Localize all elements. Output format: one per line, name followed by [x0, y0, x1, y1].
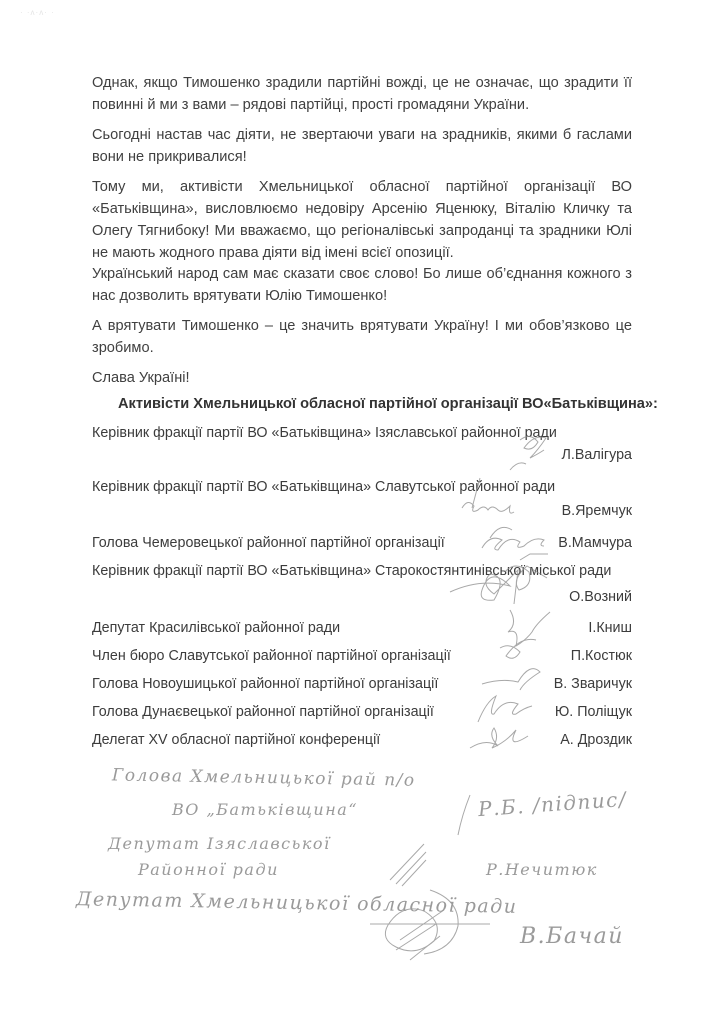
signatory-name: Ю. Поліщук	[555, 701, 632, 723]
signatory-row: Голова Новоушицької районної партійної о…	[92, 673, 632, 695]
signatory-title: Депутат Красилівської районної ради	[92, 617, 340, 639]
signatory-row: Керівник фракції партії ВО «Батьківщина»…	[92, 476, 632, 520]
signatory-row: Депутат Красилівської районної ради І.Кн…	[92, 617, 632, 639]
signatory-name: І.Книш	[588, 617, 632, 639]
signatory-title: Делегат XV обласної партійної конференці…	[92, 729, 380, 751]
signatories-heading: Активісти Хмельницької обласної партійно…	[118, 396, 658, 412]
signatory-name: А. Дроздик	[560, 729, 632, 751]
signatory-title: Голова Новоушицької районної партійної о…	[92, 673, 438, 695]
handwritten-name: В.Бачай	[520, 924, 624, 949]
scan-corner-mark: · ·ʌ·ʌ· ·	[20, 8, 90, 20]
handwritten-line: ВО „Батьківщина“	[172, 800, 358, 819]
paragraph-3: Тому ми, активісти Хмельницької обласної…	[92, 176, 632, 264]
signatory-row: Делегат XV обласної партійної конференці…	[92, 729, 632, 751]
handwritten-line: Депутат Ізяславської	[108, 834, 331, 853]
signatory-name: Л.Валігура	[562, 444, 632, 466]
paragraph-4: Український народ сам має сказати своє с…	[92, 263, 632, 307]
handwritten-line: Депутат Хмельницької обласної ради	[76, 888, 518, 918]
signatory-row: Член бюро Славутської районної партійної…	[92, 645, 632, 667]
signatory-row: Голова Чемеровецької районної партійної …	[92, 532, 632, 554]
signatory-title: Керівник фракції партії ВО «Батьківщина»…	[92, 422, 557, 444]
signatory-name: В.Яремчук	[562, 500, 632, 522]
signatory-name: В.Мамчура	[558, 532, 632, 554]
signatory-title: Керівник фракції партії ВО «Батьківщина»…	[92, 560, 611, 582]
signatory-row: Керівник фракції партії ВО «Батьківщина»…	[92, 560, 632, 608]
signatory-title: Член бюро Славутської районної партійної…	[92, 645, 451, 667]
signatory-title: Голова Дунаєвецької районної партійної о…	[92, 701, 434, 723]
handwritten-line: Районної ради	[138, 860, 279, 879]
signatory-row: Керівник фракції партії ВО «Батьківщина»…	[92, 422, 632, 466]
signatory-name: О.Возний	[569, 586, 632, 608]
signatory-title: Голова Чемеровецької районної партійної …	[92, 532, 445, 554]
signatory-name: П.Костюк	[571, 645, 632, 667]
handwritten-line: Голова Хмельницької рай п/о	[112, 765, 416, 790]
document-page: · ·ʌ·ʌ· · Однак, якщо Тимошенко зрадили …	[0, 0, 724, 1024]
paragraph-6: Слава Україні!	[92, 367, 632, 389]
paragraph-5: А врятувати Тимошенко – це значить вряту…	[92, 315, 632, 359]
signatory-name: В. Зваричук	[554, 673, 632, 695]
handwritten-name: Р.Нечитюк	[486, 860, 598, 879]
handwritten-signature: Р.Б. /підпис/	[477, 787, 627, 821]
signatory-title: Керівник фракції партії ВО «Батьківщина»…	[92, 476, 555, 498]
paragraph-2: Сьогодні настав час діяти, не звертаючи …	[92, 124, 632, 168]
signatory-row: Голова Дунаєвецької районної партійної о…	[92, 701, 632, 723]
paragraph-1: Однак, якщо Тимошенко зрадили партійні в…	[92, 72, 632, 116]
